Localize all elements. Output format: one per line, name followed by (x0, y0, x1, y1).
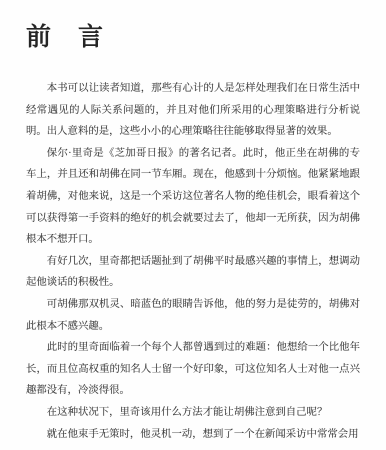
document-body: 本书可以让读者知道，那些有心计的人是怎样处理我们在日常生活中经常遇见的人际关系问… (26, 78, 360, 445)
paragraph-3: 有好几次，里奇都把话题扯到了胡佛平时最感兴趣的事情上，想调动起他谈话的积极性。 (26, 251, 360, 294)
document-page: 前 言 本书可以让读者知道，那些有心计的人是怎样处理我们在日常生活中经常遇见的人… (0, 0, 386, 450)
paragraph-2: 保尔·里奇是《芝加哥日报》的著名记者。此时，他正坐在胡佛的专车上，并且还和胡佛在… (26, 143, 360, 251)
paragraph-7: 就在他束手无策时，他灵机一动，想到了一个在新闻采访中常常会用 (26, 424, 360, 446)
paragraph-5: 此时的里奇面临着一个每个人都曾遇到过的难题：他想给一个比他年长，而且位高权重的知… (26, 337, 360, 402)
page-title: 前 言 (26, 22, 360, 52)
paragraph-1: 本书可以让读者知道，那些有心计的人是怎样处理我们在日常生活中经常遇见的人际关系问… (26, 78, 360, 143)
paragraph-4: 可胡佛那双机灵、暗蓝色的眼睛告诉他，他的努力是徒劳的，胡佛对此根本不感兴趣。 (26, 294, 360, 337)
paragraph-6: 在这种状况下，里奇该用什么方法才能让胡佛注意到自己呢？ (26, 402, 360, 424)
